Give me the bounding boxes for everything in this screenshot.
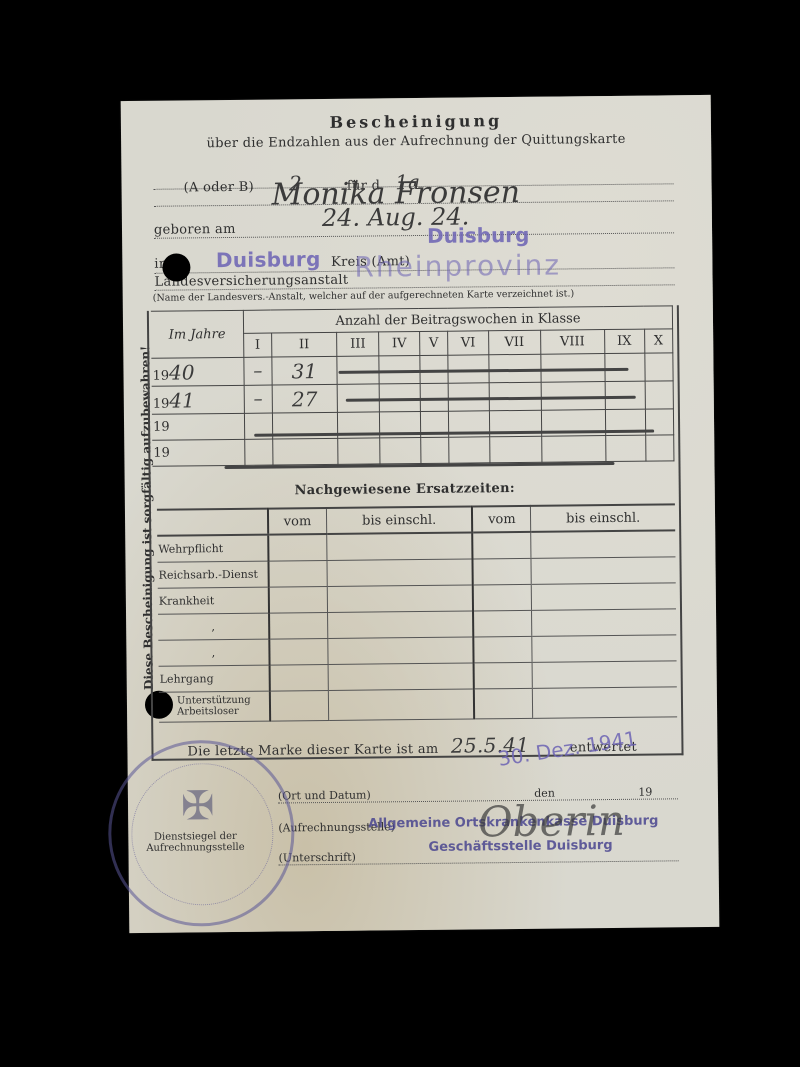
- col-vom-1: vom: [268, 508, 327, 535]
- insurance-certificate-card: Bescheinigung über die Endzahlen aus der…: [121, 95, 720, 933]
- lva-stamp: Rheinprovinz: [354, 249, 561, 284]
- contribution-table: Im Jahre Anzahl der Beitragswochen in Kl…: [151, 305, 675, 466]
- row-label: Wehrpflicht: [157, 535, 268, 562]
- year-prefix: 19: [152, 413, 245, 440]
- year-hand: 41: [169, 388, 195, 412]
- col-bis-1: bis einschl.: [326, 506, 472, 534]
- card-type-label: (A oder B): [183, 180, 254, 196]
- lva-note: (Name der Landesvers.-Anstalt, welcher a…: [153, 288, 575, 303]
- punch-hole-top: [162, 253, 190, 281]
- signature: Oberin: [478, 796, 625, 847]
- kreis-stamp: Duisburg: [427, 223, 530, 248]
- official-seal: ✠ Dienstsiegel der Aufrechnungsstelle: [107, 739, 295, 927]
- ersatz-table: vom bis einschl. vom bis einschl. Wehrpf…: [157, 503, 677, 722]
- unterschrift-line: (Unterschrift): [279, 847, 679, 865]
- year-label: 19: [638, 786, 652, 799]
- class-header: IX: [604, 329, 644, 353]
- col-bis-2: bis einschl.: [531, 504, 675, 532]
- class-II-value: 27: [272, 384, 338, 413]
- year-header: Im Jahre: [151, 310, 244, 358]
- row-label: Lehrgang: [159, 665, 270, 692]
- class-header: V: [419, 331, 448, 355]
- eagle-icon: ✠: [181, 783, 215, 829]
- class-header: X: [644, 329, 673, 353]
- row-label: Reichsarb.-Dienst: [157, 561, 268, 588]
- seal-label: Dienstsiegel der Aufrechnungsstelle: [145, 831, 245, 854]
- class-header: III: [337, 332, 380, 356]
- class-header: I: [244, 333, 272, 357]
- row-label: ,: [158, 613, 269, 640]
- class-header: II: [271, 332, 337, 357]
- ort-label: (Ort und Datum): [278, 789, 371, 803]
- document-title: Bescheinigung: [121, 109, 711, 134]
- row-label: Unterstützung Arbeitsloser: [159, 691, 270, 722]
- class-header: VIII: [540, 330, 604, 355]
- class-header: VI: [448, 331, 489, 355]
- year-hand: 40: [169, 360, 195, 384]
- table-row: Unterstützung Arbeitsloser: [159, 686, 677, 721]
- class-header: VII: [488, 330, 540, 355]
- class-header: IV: [379, 331, 420, 355]
- row-label: ,: [158, 639, 269, 666]
- class-II-value: 31: [271, 356, 337, 385]
- year-prefix: 19: [152, 368, 169, 383]
- col-vom-2: vom: [472, 506, 531, 533]
- document-subtitle: über die Endzahlen aus der Aufrechnung d…: [121, 131, 711, 152]
- class-I-value: –: [244, 385, 272, 413]
- class-I-value: –: [244, 357, 272, 385]
- year-prefix: 19: [153, 396, 170, 411]
- city-stamp: Duisburg: [216, 247, 321, 272]
- born-label: geboren am: [154, 222, 236, 238]
- row-label: Krankheit: [158, 587, 269, 614]
- year-prefix: 19: [152, 439, 245, 466]
